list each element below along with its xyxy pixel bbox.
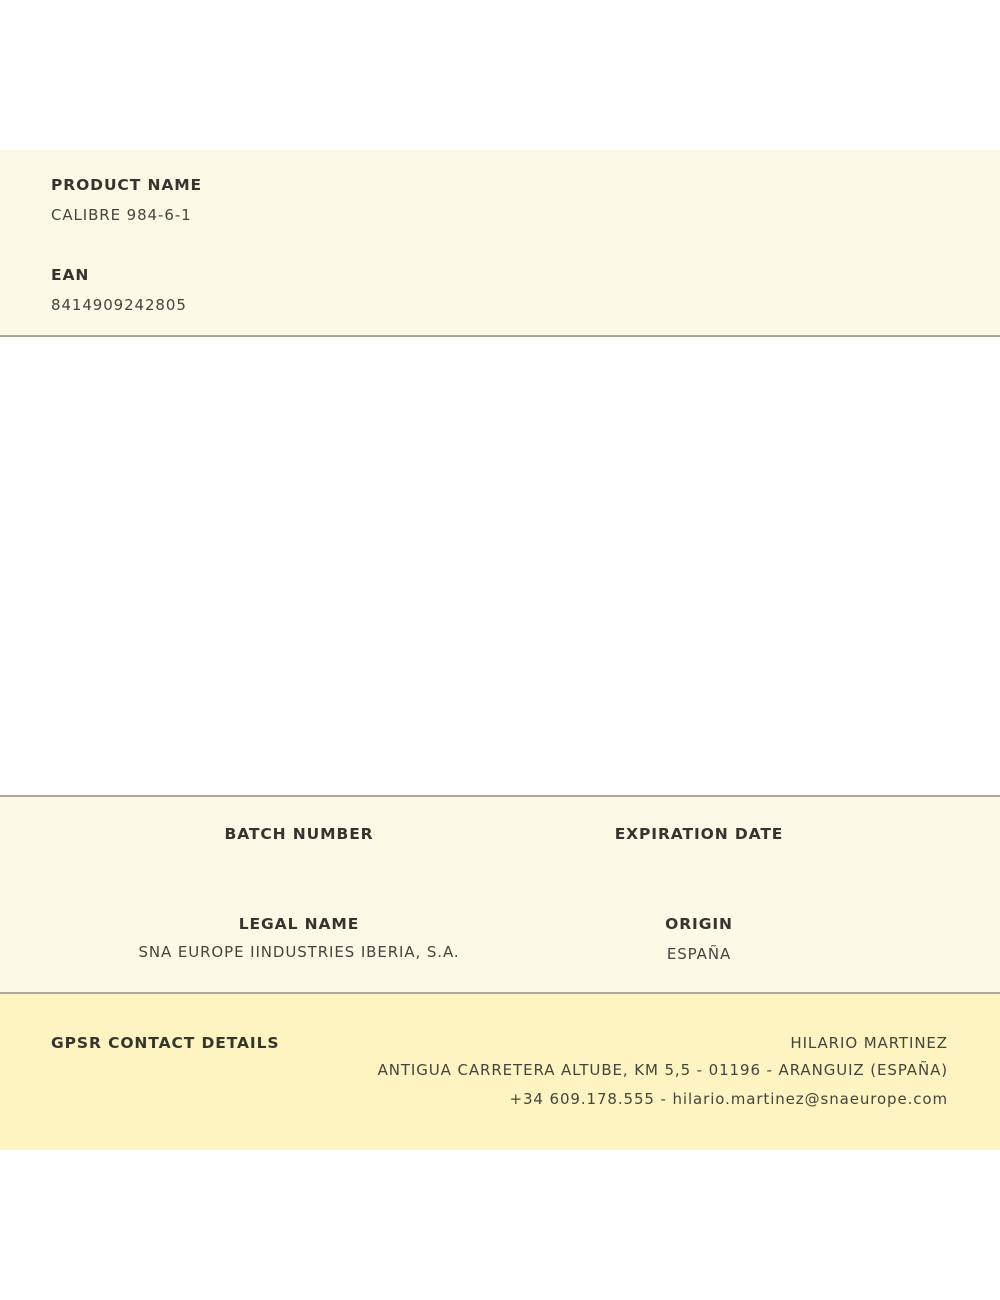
product-name-value: CALIBRE 984-6-1 bbox=[51, 206, 192, 224]
ean-label: EAN bbox=[51, 266, 89, 284]
batch-number-label: BATCH NUMBER bbox=[224, 825, 373, 843]
contact-name: HILARIO MARTINEZ bbox=[790, 1034, 948, 1052]
info-section: BATCH NUMBER EXPIRATION DATE LEGAL NAME … bbox=[0, 795, 1000, 994]
contact-address: ANTIGUA CARRETERA ALTUBE, KM 5,5 - 01196… bbox=[378, 1061, 948, 1079]
gpsr-contact-label: GPSR CONTACT DETAILS bbox=[51, 1034, 279, 1052]
expiration-date-label: EXPIRATION DATE bbox=[615, 825, 784, 843]
ean-value: 8414909242805 bbox=[51, 296, 187, 314]
origin-value: ESPAÑA bbox=[667, 945, 731, 963]
origin-label: ORIGIN bbox=[665, 915, 733, 933]
product-name-label: PRODUCT NAME bbox=[51, 176, 202, 194]
legal-name-value: SNA EUROPE IINDUSTRIES IBERIA, S.A. bbox=[138, 943, 459, 961]
legal-name-label: LEGAL NAME bbox=[239, 915, 359, 933]
contact-phone-email: +34 609.178.555 - hilario.martinez@snaeu… bbox=[510, 1090, 949, 1108]
product-section: PRODUCT NAME CALIBRE 984-6-1 EAN 8414909… bbox=[0, 150, 1000, 337]
gpsr-contact-section: GPSR CONTACT DETAILS HILARIO MARTINEZ AN… bbox=[0, 994, 1000, 1150]
